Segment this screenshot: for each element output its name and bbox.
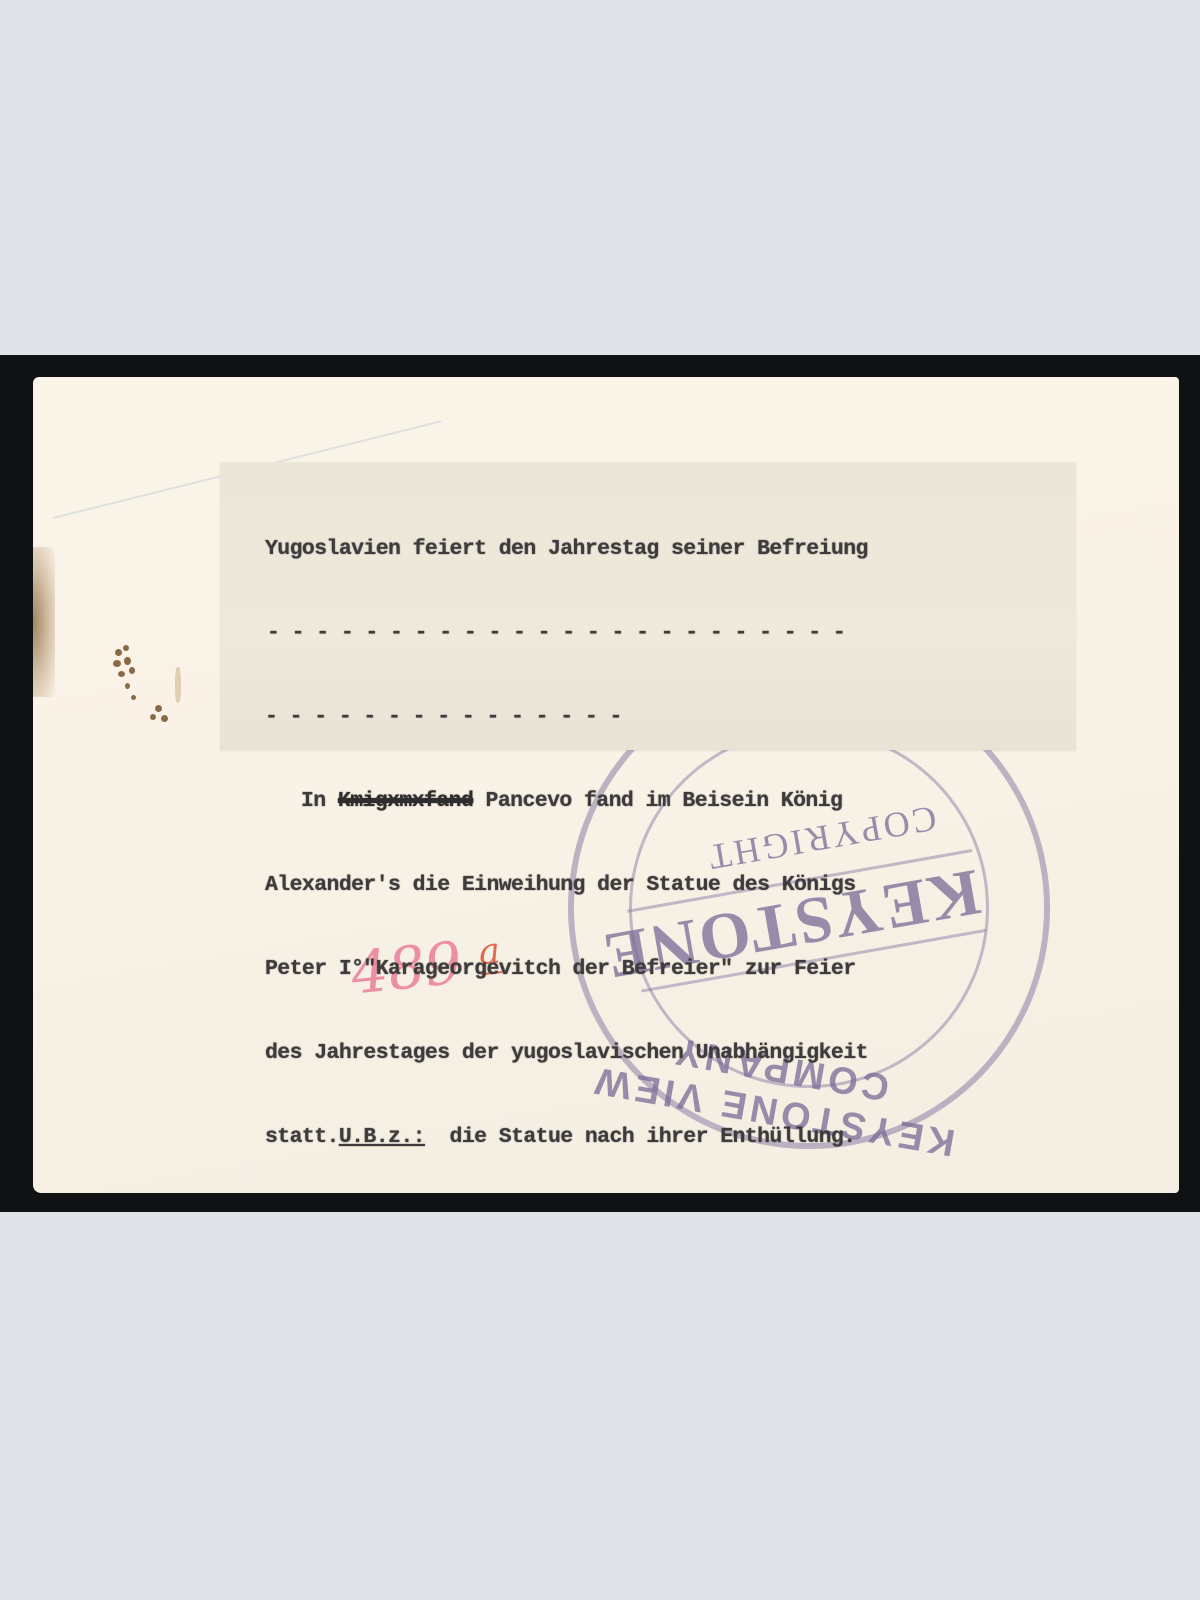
typed-caption-label: Yugoslavien feiert den Jahrestag seiner … [220,462,1076,750]
caption-line: Peter I°"Karageorgevitch der Befreier" z… [265,955,868,983]
caption-text: Yugoslavien feiert den Jahrestag seiner … [265,479,868,1193]
dash-rule: - - - - - - - - - - - - - - - - - - - - … [265,619,868,647]
edge-stain [33,547,55,697]
caption-line: Alexander's die Einweihung der Statue de… [265,871,868,899]
photo-reverse-side: Yugoslavien feiert den Jahrestag seiner … [33,377,1179,1193]
dash-rule: - - - - - - - - - - - - - - - [265,703,868,731]
caption-line: des Jahrestages der yugoslavischen Unabh… [265,1039,868,1067]
caption-line: In Kmigxmxfand Pancevo fand im Beisein K… [265,787,868,815]
underlined-abbreviation: U.B.z.: [339,1125,425,1149]
caption-line: statt.U.B.z.: die Statue nach ihrer Enth… [265,1123,868,1151]
struck-out-word: Kmigxmxfand [338,789,473,813]
caption-headline: Yugoslavien feiert den Jahrestag seiner … [265,535,868,563]
